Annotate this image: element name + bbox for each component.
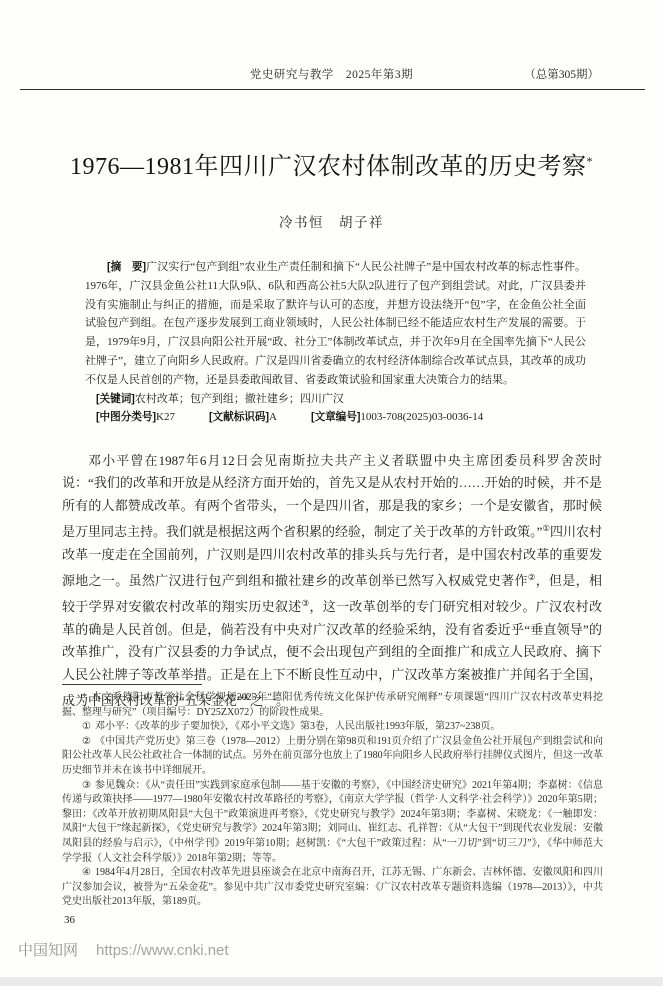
footnote-ref-1: ①	[542, 523, 550, 533]
footnote-text: 本文系德阳市哲学社会科学规划2025年“德阳优秀传统文化保护传承研究阐释”专项课…	[62, 692, 603, 718]
article-title-text: 1976—1981年四川广汉农村体制改革的历史考察	[70, 154, 587, 180]
abstract-label: [摘 要]	[107, 261, 146, 273]
article-id-value: 1003-708(2025)03-0036-14	[360, 411, 483, 423]
abstract-text: 广汉实行“包产到组”农业生产责任制和摘下“人民公社牌子”是中国农村改革的标志性事…	[85, 261, 586, 386]
footnote-mark: *	[82, 692, 87, 703]
footnote-item: ③参见魏众：《从“责任田”实践到家庭承包制——基于安徽的考察》，《中国经济史研究…	[62, 779, 603, 867]
abstract-block: [摘 要]广汉实行“包产到组”农业生产责任制和摘下“人民公社牌子”是中国农村改革…	[85, 258, 586, 427]
footnote-text: 《中国共产党历史》第三卷（1978—2012）上册分别在第98页和191页介绍了…	[62, 736, 603, 776]
footnote-mark: ③	[82, 780, 91, 791]
meta-line: [中图分类号]K27[文献标识码]A[文章编号]1003-708(2025)03…	[85, 408, 586, 427]
footnote-text: 邓小平：《改革的步子要加快》，《邓小平文选》第3卷，人民出版社1993年版，第2…	[95, 721, 500, 732]
page-title: 1976—1981年四川广汉农村体制改革的历史考察*	[0, 146, 663, 181]
footnote-mark: ④	[82, 867, 91, 878]
footnotes-block: *本文系德阳市哲学社会科学规划2025年“德阳优秀传统文化保护传承研究阐释”专项…	[62, 691, 603, 910]
footnote-ref-2: ②	[528, 572, 536, 582]
body-text: 邓小平曾在1987年6月12日会见南斯拉夫共产主义者联盟中央主席团委员科罗舍茨时…	[62, 450, 602, 712]
footnote-item: *本文系德阳市哲学社会科学规划2025年“德阳优秀传统文化保护传承研究阐释”专项…	[62, 691, 603, 720]
footnote-text: 参见魏众：《从“责任田”实践到家庭承包制——基于安徽的考察》，《中国经济史研究》…	[62, 780, 603, 864]
keywords-line: [关键词]农村改革；包产到组；撤社建乡；四川广汉	[85, 390, 586, 409]
cnki-url: https://www.cnki.net	[96, 942, 229, 959]
body-segment: 邓小平曾在1987年6月12日会见南斯拉夫共产主义者联盟中央主席团委员科罗舍茨时…	[62, 453, 602, 539]
footnote-item: ①邓小平：《改革的步子要加快》，《邓小平文选》第3卷，人民出版社1993年版，第…	[62, 720, 603, 735]
footnote-item: ②《中国共产党历史》第三卷（1978—2012）上册分别在第98页和191页介绍…	[62, 735, 603, 779]
abstract-paragraph: [摘 要]广汉实行“包产到组”农业生产责任制和摘下“人民公社牌子”是中国农村改革…	[85, 258, 586, 390]
clc-label: [中图分类号]	[96, 411, 156, 423]
header-issue-number: （总第305期）	[524, 66, 599, 82]
cnki-logo-text: 中国知网	[18, 942, 78, 959]
doc-code-value: A	[269, 411, 277, 423]
article-id-label: [文章编号]	[311, 411, 360, 423]
body-paragraph: 邓小平曾在1987年6月12日会见南斯拉夫共产主义者联盟中央主席团委员科罗舍茨时…	[62, 450, 602, 712]
footnote-text: 1984年4月28日，全国农村改革先进县座谈会在北京中南海召开，江苏无锡、广东新…	[62, 867, 603, 907]
keywords-text: 农村改革；包产到组；撤社建乡；四川广汉	[135, 393, 344, 405]
clc-item: [中图分类号]K27	[96, 411, 175, 423]
footnote-ref-3: ③	[302, 598, 310, 608]
keywords-label: [关键词]	[96, 393, 135, 405]
footnote-mark: ①	[82, 721, 91, 732]
header-rule	[20, 89, 645, 90]
clc-value: K27	[156, 411, 175, 423]
doc-code-item: [文献标识码]A	[209, 411, 277, 423]
title-footnote-mark: *	[587, 154, 594, 168]
article-id-item: [文章编号]1003-708(2025)03-0036-14	[311, 411, 483, 423]
page-number: 36	[64, 914, 75, 926]
footnote-separator	[62, 684, 202, 685]
journal-page: 党史研究与教学 2025年第3期 （总第305期） 1976—1981年四川广汉…	[0, 0, 663, 986]
footnote-item: ④1984年4月28日，全国农村改革先进县座谈会在北京中南海召开，江苏无锡、广东…	[62, 866, 603, 910]
doc-code-label: [文献标识码]	[209, 411, 269, 423]
bottom-strip	[0, 977, 663, 986]
cnki-watermark: 中国知网https://www.cnki.net	[18, 939, 229, 960]
authors: 冷书恒 胡子祥	[0, 211, 663, 231]
footnote-mark: ②	[82, 736, 91, 747]
